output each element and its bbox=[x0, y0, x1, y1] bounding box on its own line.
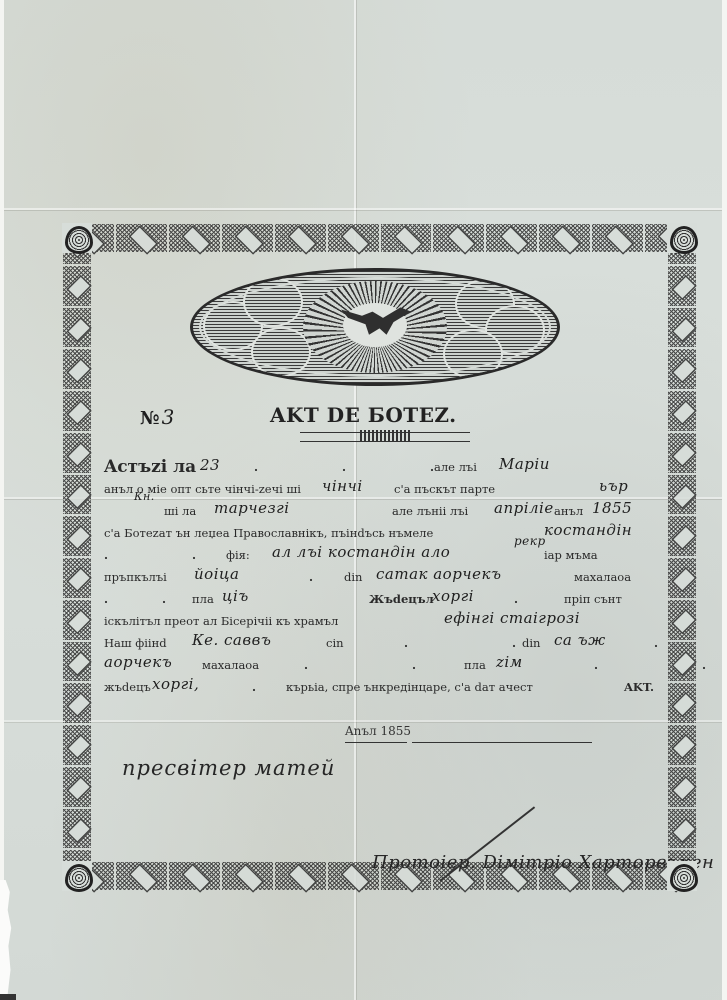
printed-text: махалаоа bbox=[202, 654, 259, 676]
printed-text: кърьіа, спре ънкредінцаре, с'а dат ачест bbox=[286, 676, 533, 698]
printed-text: Жъdецъл bbox=[369, 588, 434, 610]
border-top bbox=[62, 223, 697, 253]
handwritten-signature: Протоіер. Dімітріо Харторвъкен bbox=[372, 852, 714, 873]
corner-ornament-icon bbox=[62, 861, 92, 891]
body-line: анъл о міе опт сьте чінчі-zечі ші чінчі … bbox=[104, 478, 664, 500]
number-value: 3 bbox=[162, 405, 175, 429]
body-line: пръпкълъі йоіца . din сатак аорчекъ маха… bbox=[104, 566, 664, 588]
printed-dots: . . bbox=[404, 632, 566, 654]
signature-rule bbox=[412, 742, 592, 743]
dove-emblem-icon bbox=[190, 268, 560, 386]
printed-text: пла bbox=[192, 588, 214, 610]
border-right bbox=[667, 223, 697, 891]
printed-text: але лъі bbox=[434, 456, 477, 478]
printed-dots: . . bbox=[104, 588, 191, 610]
body-line: жъdецъ хоргі, . кърьіа, спре ънкредінцар… bbox=[104, 676, 664, 698]
body-line: Наш фіінd Ке. саввъ cin . . din са ъж . bbox=[104, 632, 664, 654]
printed-dots: . bbox=[654, 632, 658, 654]
printed-text: Aстъzi ла bbox=[104, 456, 196, 478]
border-left bbox=[62, 223, 92, 891]
fold-crease-horizontal bbox=[4, 208, 722, 210]
handwritten-district: zім bbox=[496, 651, 523, 673]
handwritten-superscript: рекр bbox=[514, 530, 546, 552]
printed-dots: . . bbox=[304, 654, 466, 676]
title-flourish-divider bbox=[300, 432, 470, 442]
certificate-body: Aстъzi ла 23 . . . але лъі Маріи анъл о … bbox=[104, 456, 664, 698]
handwritten-text: чінчі bbox=[322, 475, 363, 497]
handwritten-county: хоргі bbox=[432, 585, 474, 607]
corner-ornament-icon bbox=[667, 223, 697, 253]
printed-year: Anъл 1855 bbox=[345, 724, 411, 738]
handwritten-father-name: ал лъі костандін ало bbox=[272, 541, 450, 563]
handwritten-village: сатак аорчекъ bbox=[376, 563, 501, 585]
printed-dots: . bbox=[252, 676, 256, 698]
certificate-number: №3 bbox=[140, 405, 174, 429]
handwritten-year: 1855 bbox=[592, 497, 632, 519]
printed-text: ші ла bbox=[164, 500, 196, 522]
handwritten-child-name: костандін bbox=[544, 519, 632, 541]
printed-text: пръпкълъі bbox=[104, 566, 167, 588]
handwritten-church-name: ефінгі стаігрозі bbox=[444, 607, 580, 629]
number-label: № bbox=[140, 408, 160, 429]
handwritten-district: ціъ bbox=[222, 585, 249, 607]
printed-text: cin bbox=[326, 632, 344, 654]
body-line: . . пла ціъ Жъdецъл хоргі . пріп сънт bbox=[104, 588, 664, 610]
page-title: AKT DE БOTEZ. bbox=[270, 403, 457, 427]
printed-text: іар мъма bbox=[544, 544, 598, 566]
printed-text: махалаоа bbox=[574, 566, 631, 588]
handwritten-village: аорчекъ bbox=[104, 651, 172, 673]
handwritten-text: ьър bbox=[599, 475, 628, 497]
handwritten-village: са ъж bbox=[554, 629, 606, 651]
handwritten-county: хоргі, bbox=[152, 673, 199, 695]
handwritten-superscript: Кн. bbox=[134, 486, 155, 508]
printed-text: жъdецъ bbox=[104, 676, 151, 698]
corner-ornament-icon bbox=[667, 861, 697, 891]
printed-text: AKT. bbox=[624, 676, 654, 698]
printed-dots: . bbox=[309, 566, 313, 588]
corner-ornament-icon bbox=[62, 223, 92, 253]
handwritten-month: Маріи bbox=[499, 453, 550, 475]
handwritten-month: апріліе bbox=[494, 497, 554, 519]
handwritten-godparent: Ке. саввъ bbox=[192, 629, 271, 651]
printed-text: din bbox=[344, 566, 362, 588]
handwritten-text: тарчезгі bbox=[214, 497, 290, 519]
signature-rule bbox=[345, 742, 407, 743]
body-line: Aстъzi ла 23 . . . але лъі Маріи bbox=[104, 456, 664, 478]
printed-dots: . . bbox=[594, 654, 727, 676]
handwritten-priest-note: пресвітер матей bbox=[122, 756, 335, 780]
printed-text: din bbox=[522, 632, 540, 654]
handwritten-mother-name: йоіца bbox=[194, 563, 239, 585]
printed-text: с'а пъскът парте bbox=[394, 478, 495, 500]
printed-text: пла bbox=[464, 654, 486, 676]
scan-shadow bbox=[0, 994, 16, 1000]
handwritten-day: 23 bbox=[200, 454, 220, 476]
printed-text: але лъніі лъі bbox=[392, 500, 468, 522]
